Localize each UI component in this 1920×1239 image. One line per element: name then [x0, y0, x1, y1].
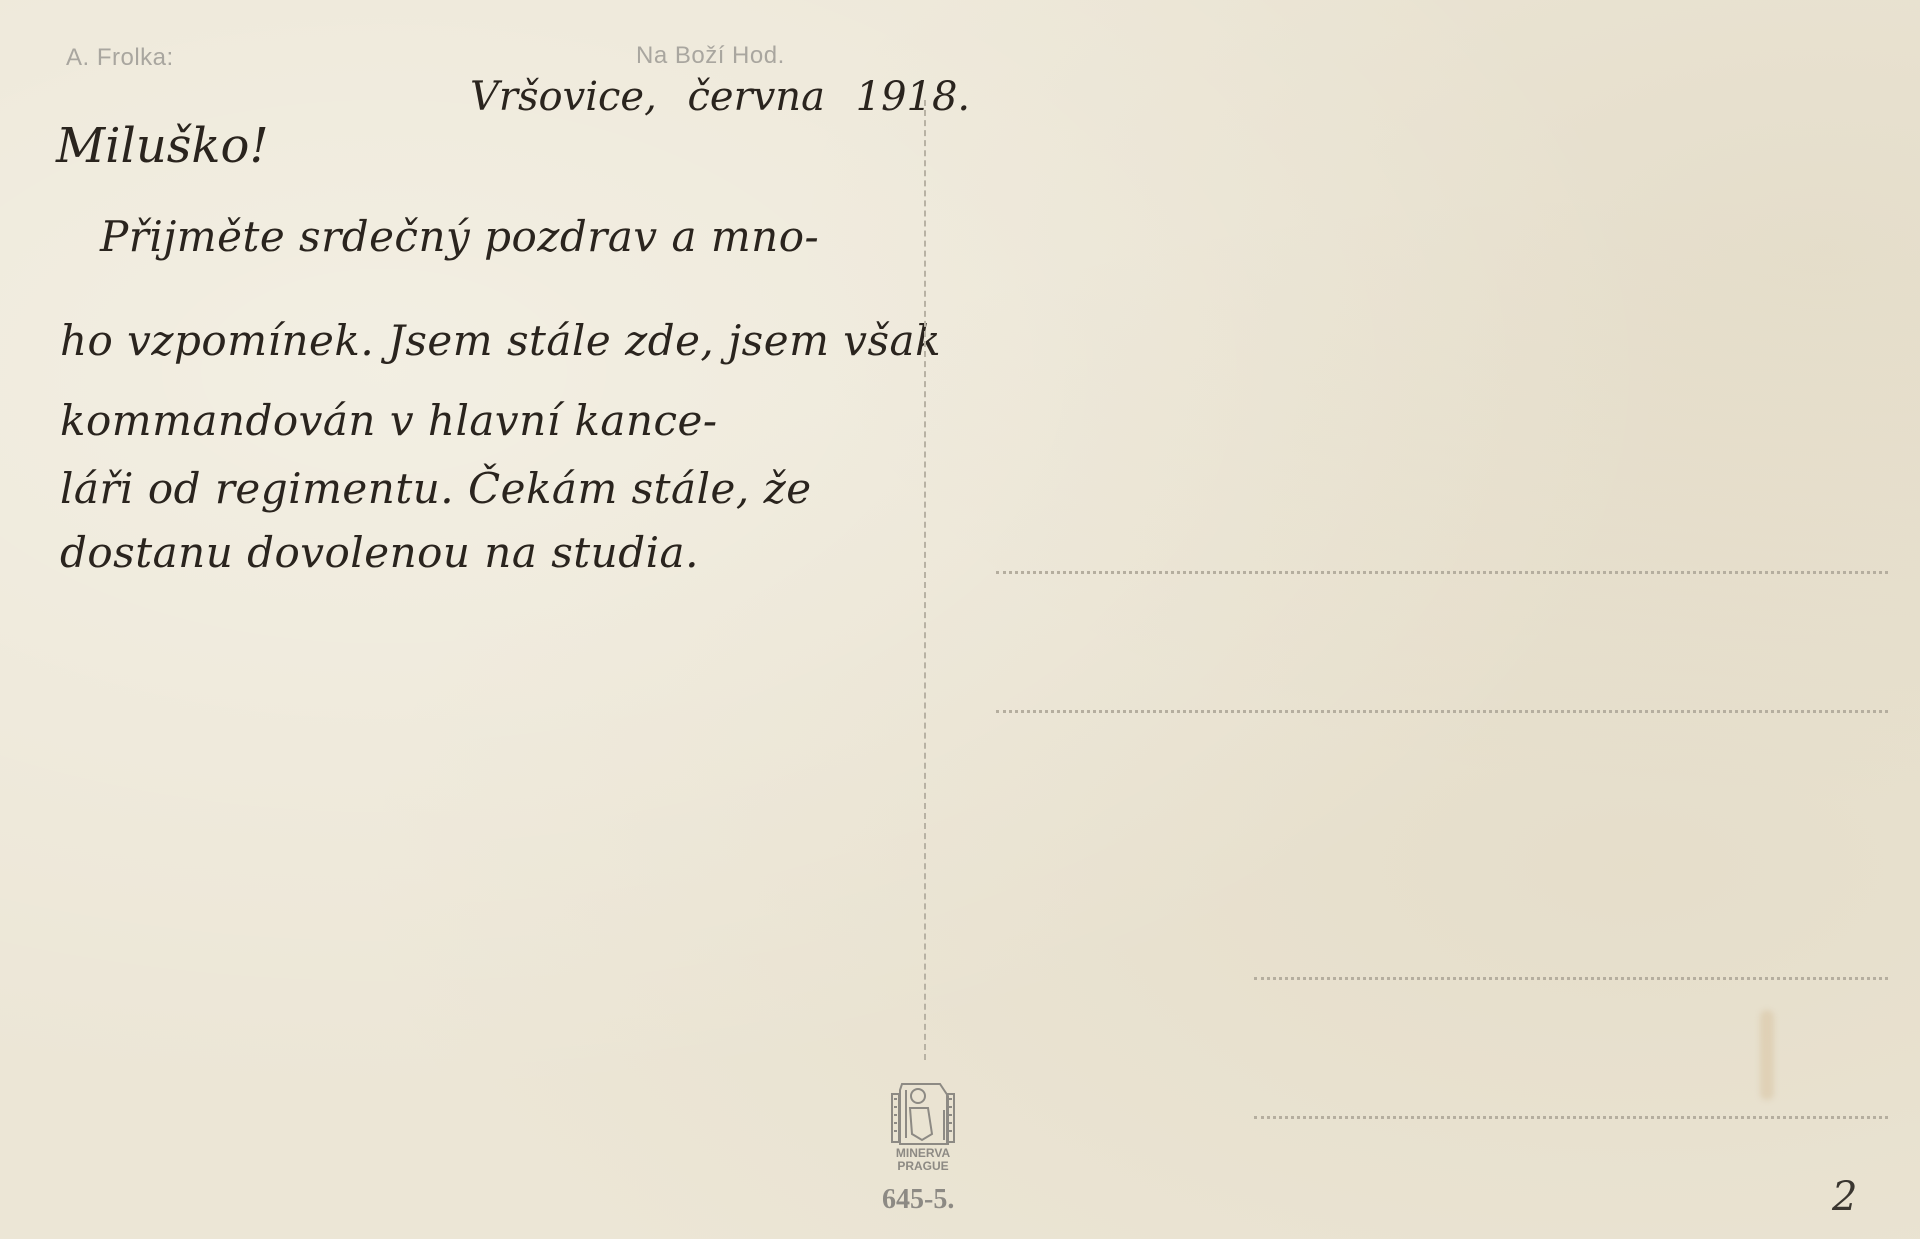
postcard-back: A. Frolka: Na Boží Hod. Vršovice, června…: [0, 0, 1920, 1239]
message-line: kommandován v hlavní kance-: [60, 396, 718, 445]
center-divider-line: [924, 100, 926, 1060]
handwritten-salutation: Miluško!: [56, 118, 269, 174]
printed-artwork-title: Na Boží Hod.: [636, 42, 785, 70]
address-line-2: [996, 710, 1888, 713]
address-line-3: [1254, 977, 1888, 980]
logo-text-line1: MINERVA: [896, 1146, 951, 1160]
handwritten-place-date: Vršovice, června 1918.: [470, 74, 970, 120]
message-line: láři od regimentu. Čekám stále, že: [60, 464, 812, 513]
minerva-publisher-logo-icon: MINERVA PRAGUE: [888, 1080, 958, 1172]
address-line-1: [996, 571, 1888, 574]
page-number: 2: [1832, 1174, 1857, 1220]
logo-text-line2: PRAGUE: [897, 1159, 948, 1172]
message-line: dostanu dovolenou na studia.: [60, 528, 699, 577]
paper-stain: [1760, 1010, 1774, 1100]
message-line: Přijměte srdečný pozdrav a mno-: [100, 212, 819, 261]
address-line-4: [1254, 1116, 1888, 1119]
publisher-code: 645-5.: [882, 1184, 954, 1216]
printed-author-label: A. Frolka:: [66, 44, 174, 72]
message-line: ho vzpomínek. Jsem stále zde, jsem však: [60, 316, 941, 365]
